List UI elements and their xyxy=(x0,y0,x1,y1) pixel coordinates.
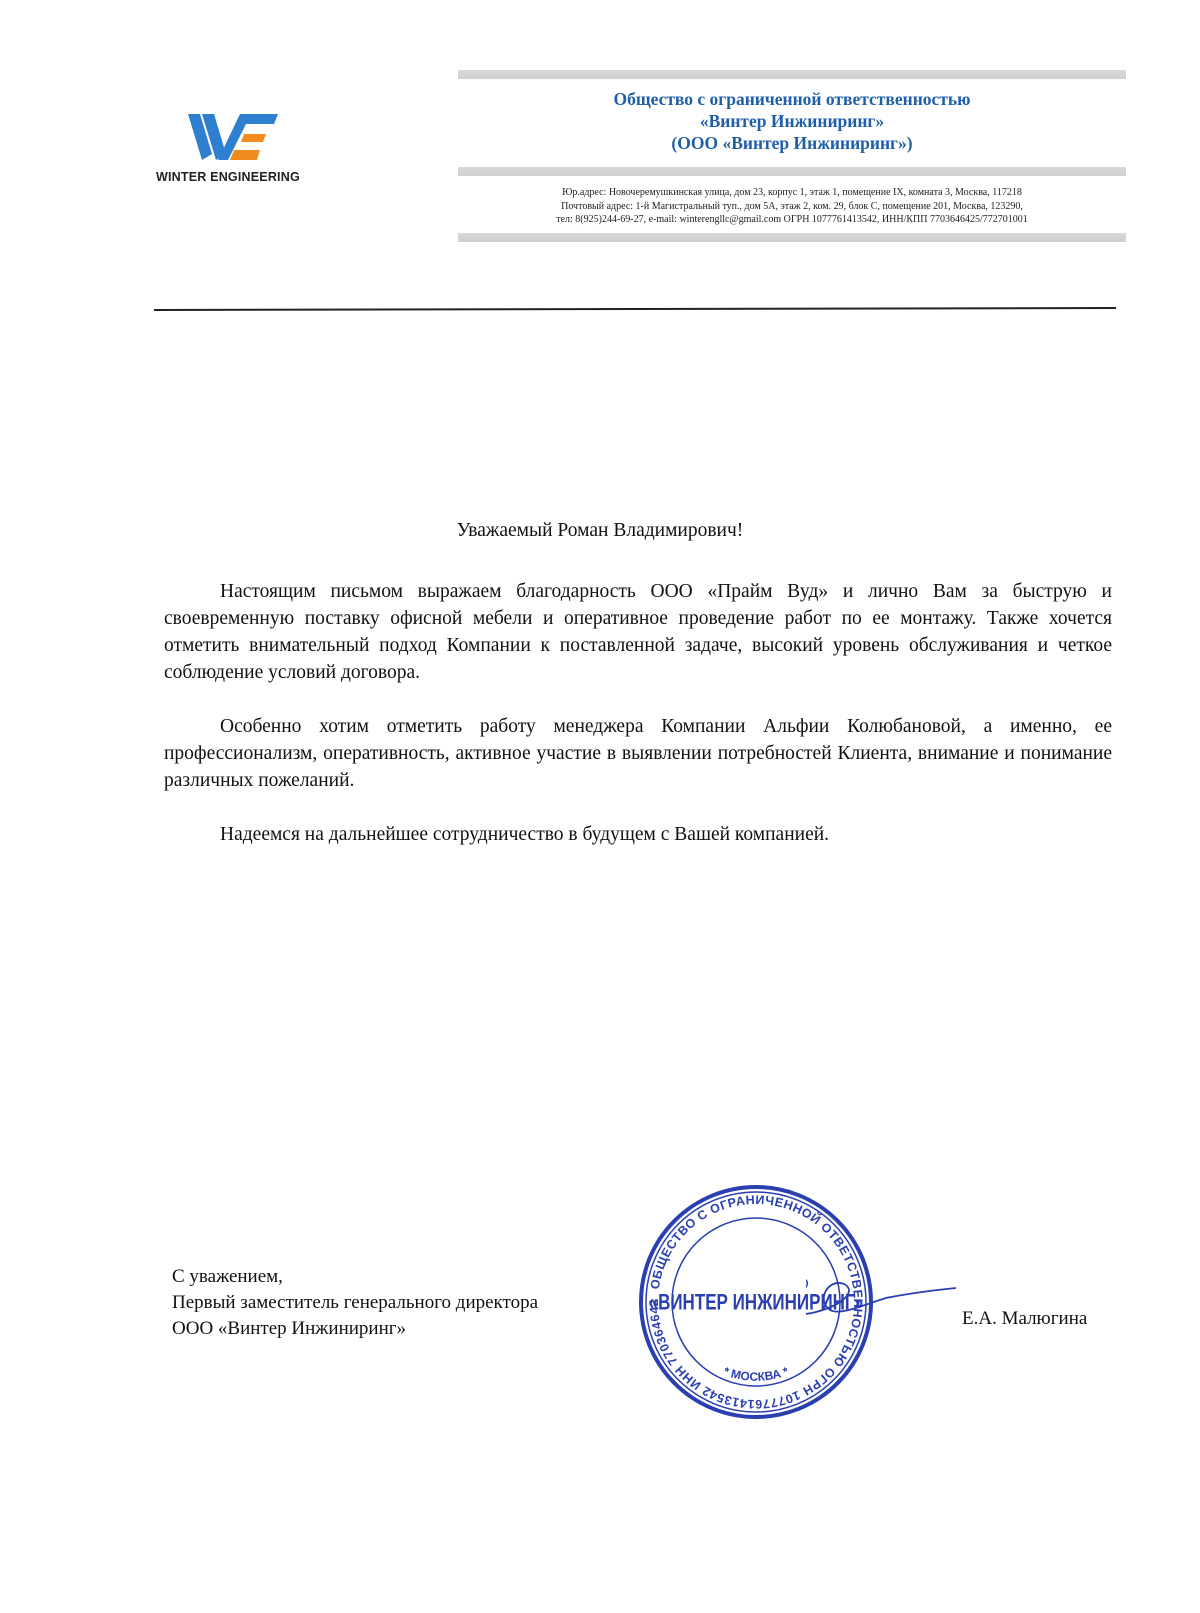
org-address: Юр.адрес: Новочеремушкинская улица, дом … xyxy=(458,186,1126,227)
paragraph-3: Надеемся на дальнейшее сотрудничество в … xyxy=(164,821,1112,848)
closing-block: С уважением, Первый заместитель генераль… xyxy=(172,1264,538,1342)
signer-name: Е.А. Малюгина xyxy=(962,1308,1087,1330)
stamp-bottom-text: * МОСКВА * xyxy=(722,1364,791,1384)
contacts: тел: 8(925)244-69-27, e-mail: winterengl… xyxy=(458,213,1126,227)
logo-text: WINTER ENGINEERING xyxy=(156,170,300,184)
svg-text:* МОСКВА *: * МОСКВА * xyxy=(722,1364,791,1384)
signer-company: ООО «Винтер Инжиниринг» xyxy=(172,1316,538,1342)
closing-regards: С уважением, xyxy=(172,1264,538,1290)
letterhead-divider xyxy=(154,307,1116,311)
postal-address: Почтовый адрес: 1-й Магистральный туп., … xyxy=(458,200,1126,214)
org-name-line3: (ООО «Винтер Инжиниринг») xyxy=(458,132,1126,154)
signer-position: Первый заместитель генерального директор… xyxy=(172,1290,538,1316)
signature-icon xyxy=(806,1270,956,1330)
org-name-line1: Общество с ограниченной ответственностью xyxy=(458,88,1126,110)
company-logo: WINTER ENGINEERING xyxy=(148,110,328,190)
header-bar-middle xyxy=(458,167,1126,176)
letter-greeting: Уважаемый Роман Владимирович! xyxy=(0,520,1200,542)
header-bar-top xyxy=(458,70,1126,79)
winter-engineering-logo-icon xyxy=(188,110,284,164)
letter-body: Настоящим письмом выражаем благодарность… xyxy=(164,578,1112,875)
org-name: Общество с ограниченной ответственностью… xyxy=(458,88,1126,154)
org-name-line2: «Винтер Инжиниринг» xyxy=(458,110,1126,132)
paragraph-1: Настоящим письмом выражаем благодарность… xyxy=(164,578,1112,686)
legal-address: Юр.адрес: Новочеремушкинская улица, дом … xyxy=(458,186,1126,200)
paragraph-2: Особенно хотим отметить работу менеджера… xyxy=(164,713,1112,794)
header-bar-bottom xyxy=(458,233,1126,242)
